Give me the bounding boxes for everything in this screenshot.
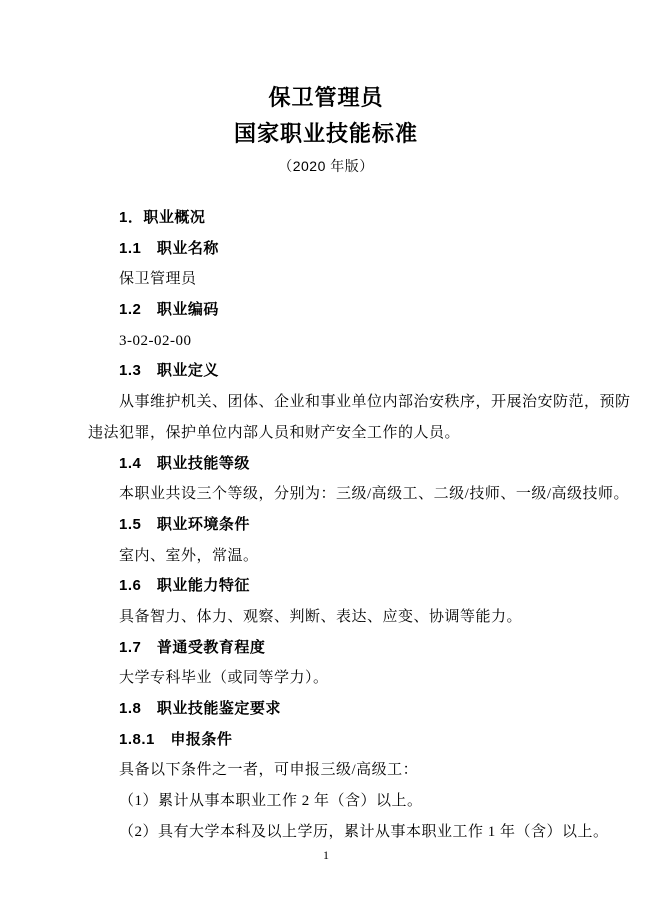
document-title-line-2: 国家职业技能标准 bbox=[0, 116, 652, 152]
doc-heading: 1.2 职业编码 bbox=[88, 295, 593, 326]
doc-heading: 1.5 职业环境条件 bbox=[88, 510, 593, 541]
doc-heading: 1.8 职业技能鉴定要求 bbox=[88, 694, 593, 725]
doc-paragraph-line: 大学专科毕业（或同等学力）。 bbox=[88, 663, 593, 694]
doc-paragraph-line: 具备智力、体力、观察、判断、表达、应变、协调等能力。 bbox=[88, 602, 593, 633]
doc-paragraph-line: 室内、室外，常温。 bbox=[88, 541, 593, 572]
doc-paragraph-line: 违法犯罪，保护单位内部人员和财产安全工作的人员。 bbox=[88, 418, 593, 449]
doc-heading: 1.7 普通受教育程度 bbox=[88, 633, 593, 664]
doc-paragraph-line: 本职业共设三个等级，分别为：三级/高级工、二级/技师、一级/高级技师。 bbox=[88, 479, 593, 510]
doc-paragraph-line: 具备以下条件之一者，可申报三级/高级工： bbox=[88, 755, 593, 786]
document-title-block: 保卫管理员 国家职业技能标准 （2020 年版） bbox=[0, 80, 652, 176]
document-subtitle: （2020 年版） bbox=[0, 156, 652, 176]
doc-heading: 1.8.1 申报条件 bbox=[88, 725, 593, 756]
doc-paragraph-line: 3-02-02-00 bbox=[88, 326, 593, 357]
document-title-line-1: 保卫管理员 bbox=[0, 80, 652, 116]
document-page: 保卫管理员 国家职业技能标准 （2020 年版） 1．职业概况1.1 职业名称保… bbox=[0, 0, 652, 919]
doc-paragraph-line: （1）累计从事本职业工作 2 年（含）以上。 bbox=[88, 786, 593, 817]
doc-heading: 1.4 职业技能等级 bbox=[88, 449, 593, 480]
doc-paragraph-line: 从事维护机关、团体、企业和事业单位内部治安秩序，开展治安防范，预防 bbox=[88, 387, 593, 418]
doc-heading: 1.3 职业定义 bbox=[88, 356, 593, 387]
document-body: 1．职业概况1.1 职业名称保卫管理员1.2 职业编码3-02-02-001.3… bbox=[88, 203, 593, 847]
doc-heading: 1.6 职业能力特征 bbox=[88, 571, 593, 602]
doc-heading: 1.1 职业名称 bbox=[88, 234, 593, 265]
doc-paragraph-line: （2）具有大学本科及以上学历，累计从事本职业工作 1 年（含）以上。 bbox=[88, 817, 593, 848]
doc-heading: 1．职业概况 bbox=[88, 203, 593, 234]
page-number: 1 bbox=[0, 846, 652, 864]
doc-paragraph-line: 保卫管理员 bbox=[88, 264, 593, 295]
